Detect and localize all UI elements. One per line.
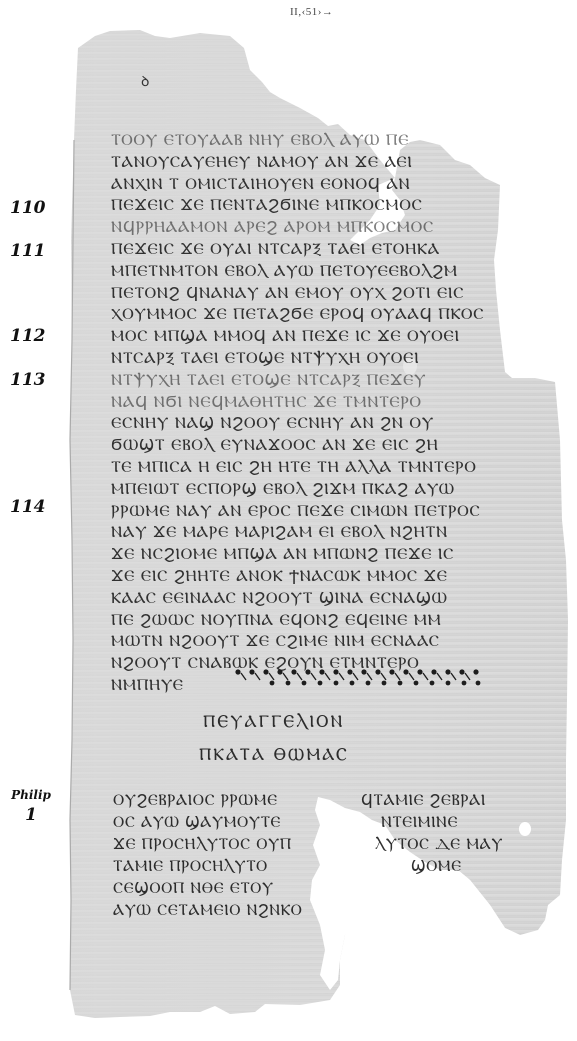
text-line: ⲠⲈϪⲈⲒⲤ ϪⲈ ⲞⲨⲀⲒ ⲚⲦⲤⲀⲢⲜ ⲦⲀⲈⲒ ⲈⲦⲞⲎⲔⲀ <box>111 239 506 261</box>
text-line-left: ⲤⲈϢⲞⲞⲠ ⲚⲐⲈ ⲈⲦⲞⲨ <box>113 879 274 897</box>
text-line: ⲀⲚⲬⲒⲚ Ⲧ ⲞⲘⲒⲤⲦⲀⲒⲎⲞⲨⲈⲚ ⲈⲞⲚⲞϤ ⲀⲚ <box>111 174 506 196</box>
text-line: ⲘⲠⲈⲦⲚⲘⲦⲞⲚ ⲈⲂⲞⲖ ⲀⲨⲰ ⲠⲈⲦⲞⲨⲈⲈⲂⲞⲖϨⲘ <box>111 261 506 283</box>
text-line: ⲠⲈ ϨⲰⲰⲤ ⲚⲞⲨⲠⲚⲀ ⲈϤⲞⲚϨ ⲈϤⲈⲒⲚⲈ ⲘⲘ <box>111 610 506 632</box>
text-line-right: ⲖⲨⲦⲞⲤ ⲆⲈ ⲘⲀⲨ <box>375 833 503 855</box>
philip-title: Philip <box>5 785 57 805</box>
text-line: ⲘⲰⲦⲚ ⲚϨⲞⲞⲨⲦ ϪⲈ ⲤϨⲒⲘⲈ ⲚⲒⲘ ⲈⲤⲚⲀⲀⲤ <box>111 631 506 653</box>
text-line: ⲘⲠⲈⲒⲰⲦ ⲈⲤⲠⲞⲢϢ ⲈⲂⲞⲖ ϨⲒϪⲘ ⲠⲔⲀϨ ⲀⲨⲰ <box>111 479 506 501</box>
text-line: ⲔⲀⲀⲤ ⲈⲈⲒⲚⲀⲀⲤ ⲚϨⲞⲞⲨⲦ ϢⲒⲚⲀ ⲈⲤⲚⲀϢⲰ <box>111 588 506 610</box>
text-line-right: ⲚⲦⲈⲒⲘⲒⲚⲈ <box>381 811 458 833</box>
end-ornament <box>232 666 484 688</box>
manuscript-lower-text: ⲞⲨϨⲈⲂⲢⲀⲒⲞⲤ ⲢⲢⲰⲘⲈ ϤⲦⲀⲘⲒⲈ ϨⲈⲂⲢⲀⲒ ⲞⲤ ⲀⲨⲰ ϢⲀ… <box>113 789 483 921</box>
text-line: ⲤⲈϢⲞⲞⲠ ⲚⲐⲈ ⲈⲦⲞⲨ <box>113 877 483 899</box>
text-line-right: ϢⲞⲘⲈ <box>411 855 462 877</box>
text-line: ⲘⲞⲤ ⲘⲠϢⲀ ⲘⲘⲞϤ ⲀⲚ ⲠⲈϪⲈ ⲒⲤ ϪⲈ ⲞⲨⲞⲈⲒ <box>111 326 506 348</box>
text-line: ⲬⲞⲨⲘⲘⲞⲤ ϪⲈ ⲠⲈⲦⲀϨϬⲈ ⲈⲢⲞϤ ⲞⲨⲀⲀϤ ⲠⲔⲞⲤ <box>111 304 506 326</box>
text-line: ⲞⲤ ⲀⲨⲰ ϢⲀⲨⲘⲞⲨⲦⲈ ⲚⲦⲈⲒⲘⲒⲚⲈ <box>113 811 483 833</box>
gospel-title-line-1: ⲠⲈⲨⲀⲄⲄⲈⲖⲒⲞⲚ <box>203 712 344 732</box>
text-line: ⲀⲨⲰ ⲤⲈⲦⲀⲘⲈⲒⲞ ⲚϨⲚⲔⲞ <box>113 899 483 921</box>
text-line: ⲚⲦⲤⲀⲢⲜ ⲦⲀⲈⲒ ⲈⲦⲞϢⲈ ⲚⲦⲮⲨⲬⲎ ⲞⲨⲞⲈⲒ <box>111 348 506 370</box>
text-line-left: ϪⲈ ⲠⲢⲞⲤⲎⲖⲨⲦⲞⲤ ⲞⲨⲠ <box>113 835 292 853</box>
gospel-title-line-2: ⲠⲔⲀⲦⲀ ⲐⲰⲘⲀⲤ <box>199 745 349 765</box>
text-line: ⲦⲀⲚⲞⲨⲤⲀⲨⲈⲎⲈⲨ ⲚⲀⲘⲞⲨ ⲀⲚ ϪⲈ ⲀⲈⲒ <box>111 152 506 174</box>
text-line-right: ϤⲦⲀⲘⲒⲈ ϨⲈⲂⲢⲀⲒ <box>361 789 486 811</box>
text-line: ⲦⲞⲞⲨ ⲈⲦⲞⲨⲀⲀⲂ ⲚⲎⲨ ⲈⲂⲞⲖ ⲀⲨⲰ ⲠⲈ <box>111 130 506 152</box>
ink-mark: ꝺ <box>141 72 149 91</box>
text-line-left: ⲦⲀⲘⲒⲈ ⲠⲢⲞⲤⲎⲖⲨⲦⲞ <box>113 857 268 875</box>
philip-number: 1 <box>5 805 57 825</box>
text-line: ⲠⲈⲦⲞⲚϨ ϤⲚⲀⲚⲀⲨ ⲀⲚ ⲈⲘⲞⲨ ⲞⲨⲬ ϨⲞⲦⲒ ⲈⲒⲤ <box>111 283 506 305</box>
text-line: ⲚⲀϤ ⲚϬⲒ ⲚⲈϤⲘⲀⲐⲎⲦⲎⲤ ϪⲈ ⲦⲘⲚⲦⲈⲢⲞ <box>111 392 506 414</box>
text-line: ⲈⲤⲚⲎⲨ ⲚⲀϢ ⲚϨⲞⲞⲨ ⲈⲤⲚⲎⲨ ⲀⲚ ϨⲚ ⲞⲨ <box>111 413 506 435</box>
text-line: ⲞⲨϨⲈⲂⲢⲀⲒⲞⲤ ⲢⲢⲰⲘⲈ ϤⲦⲀⲘⲒⲈ ϨⲈⲂⲢⲀⲒ <box>113 789 483 811</box>
margin-number-111: 111 <box>10 241 46 261</box>
text-line-left: ⲞⲨϨⲈⲂⲢⲀⲒⲞⲤ ⲢⲢⲰⲘⲈ <box>113 791 278 809</box>
text-line: ⲦⲈ ⲘⲠⲒⲤⲀ Ⲏ ⲈⲒⲤ ϨⲎ ⲎⲦⲈ ⲦⲎ ⲀⲖⲖⲀ ⲦⲘⲚⲦⲈⲢⲞ <box>111 457 506 479</box>
text-line: ϪⲈ ⲠⲢⲞⲤⲎⲖⲨⲦⲞⲤ ⲞⲨⲠ ⲖⲨⲦⲞⲤ ⲆⲈ ⲘⲀⲨ <box>113 833 483 855</box>
text-line: ⲚⲦⲮⲨⲬⲎ ⲦⲀⲈⲒ ⲈⲦⲞϢⲈ ⲚⲦⲤⲀⲢⲜ ⲠⲈϪⲈⲨ <box>111 370 506 392</box>
text-line: ⲚϤⲢⲢⲎⲀⲀⲘⲞⲚ ⲀⲢⲈϨ ⲀⲢⲞⲘ ⲘⲠⲔⲞⲤⲘⲞⲤ <box>111 217 506 239</box>
text-line: ⲢⲢⲰⲘⲈ ⲚⲀⲨ ⲀⲚ ⲈⲢⲞⲤ ⲠⲈϪⲈ ⲤⲒⲘⲰⲚ ⲠⲈⲦⲢⲞⲤ <box>111 501 506 523</box>
margin-philip-label: Philip 1 <box>5 785 57 825</box>
text-line: ⲠⲈϪⲈⲒⲤ ϪⲈ ⲠⲈⲚⲦⲀϨϬⲒⲚⲈ ⲘⲠⲔⲞⲤⲘⲞⲤ <box>111 195 506 217</box>
text-line: ⲦⲀⲘⲒⲈ ⲠⲢⲞⲤⲎⲖⲨⲦⲞ ϢⲞⲘⲈ <box>113 855 483 877</box>
text-line-left: ⲞⲤ ⲀⲨⲰ ϢⲀⲨⲘⲞⲨⲦⲈ <box>113 813 281 831</box>
manuscript-upper-text: ⲦⲞⲞⲨ ⲈⲦⲞⲨⲀⲀⲂ ⲚⲎⲨ ⲈⲂⲞⲖ ⲀⲨⲰ ⲠⲈ ⲦⲀⲚⲞⲨⲤⲀⲨⲈⲎⲈ… <box>111 130 491 697</box>
margin-number-110: 110 <box>10 198 46 218</box>
text-line: ⲚⲀⲨ ϪⲈ ⲘⲀⲢⲈ ⲘⲀⲢⲒϨⲀⲘ ⲈⲒ ⲈⲂⲞⲖ ⲚϨⲎⲦⲚ <box>111 522 506 544</box>
margin-number-114: 114 <box>10 497 46 517</box>
margin-number-112: 112 <box>10 326 46 346</box>
text-line: ϪⲈ ⲈⲒⲤ ϨⲎⲎⲦⲈ ⲀⲚⲞⲔ ϮⲚⲀⲤⲰⲔ ⲘⲘⲞⲤ ϪⲈ <box>111 566 506 588</box>
text-line: ϬⲰϢⲦ ⲈⲂⲞⲖ ⲈⲨⲚⲀϪⲞⲞⲤ ⲀⲚ ϪⲈ ⲈⲒⲤ ϨⲎ <box>111 435 506 457</box>
text-line: ϪⲈ ⲚⲤϨⲒⲞⲘⲈ ⲘⲠϢⲀ ⲀⲚ ⲘⲠⲰⲚϨ ⲠⲈϪⲈ ⲒⲤ <box>111 544 506 566</box>
margin-number-113: 113 <box>10 370 46 390</box>
text-line-left: ⲀⲨⲰ ⲤⲈⲦⲀⲘⲈⲒⲞ ⲚϨⲚⲔⲞ <box>113 901 302 919</box>
